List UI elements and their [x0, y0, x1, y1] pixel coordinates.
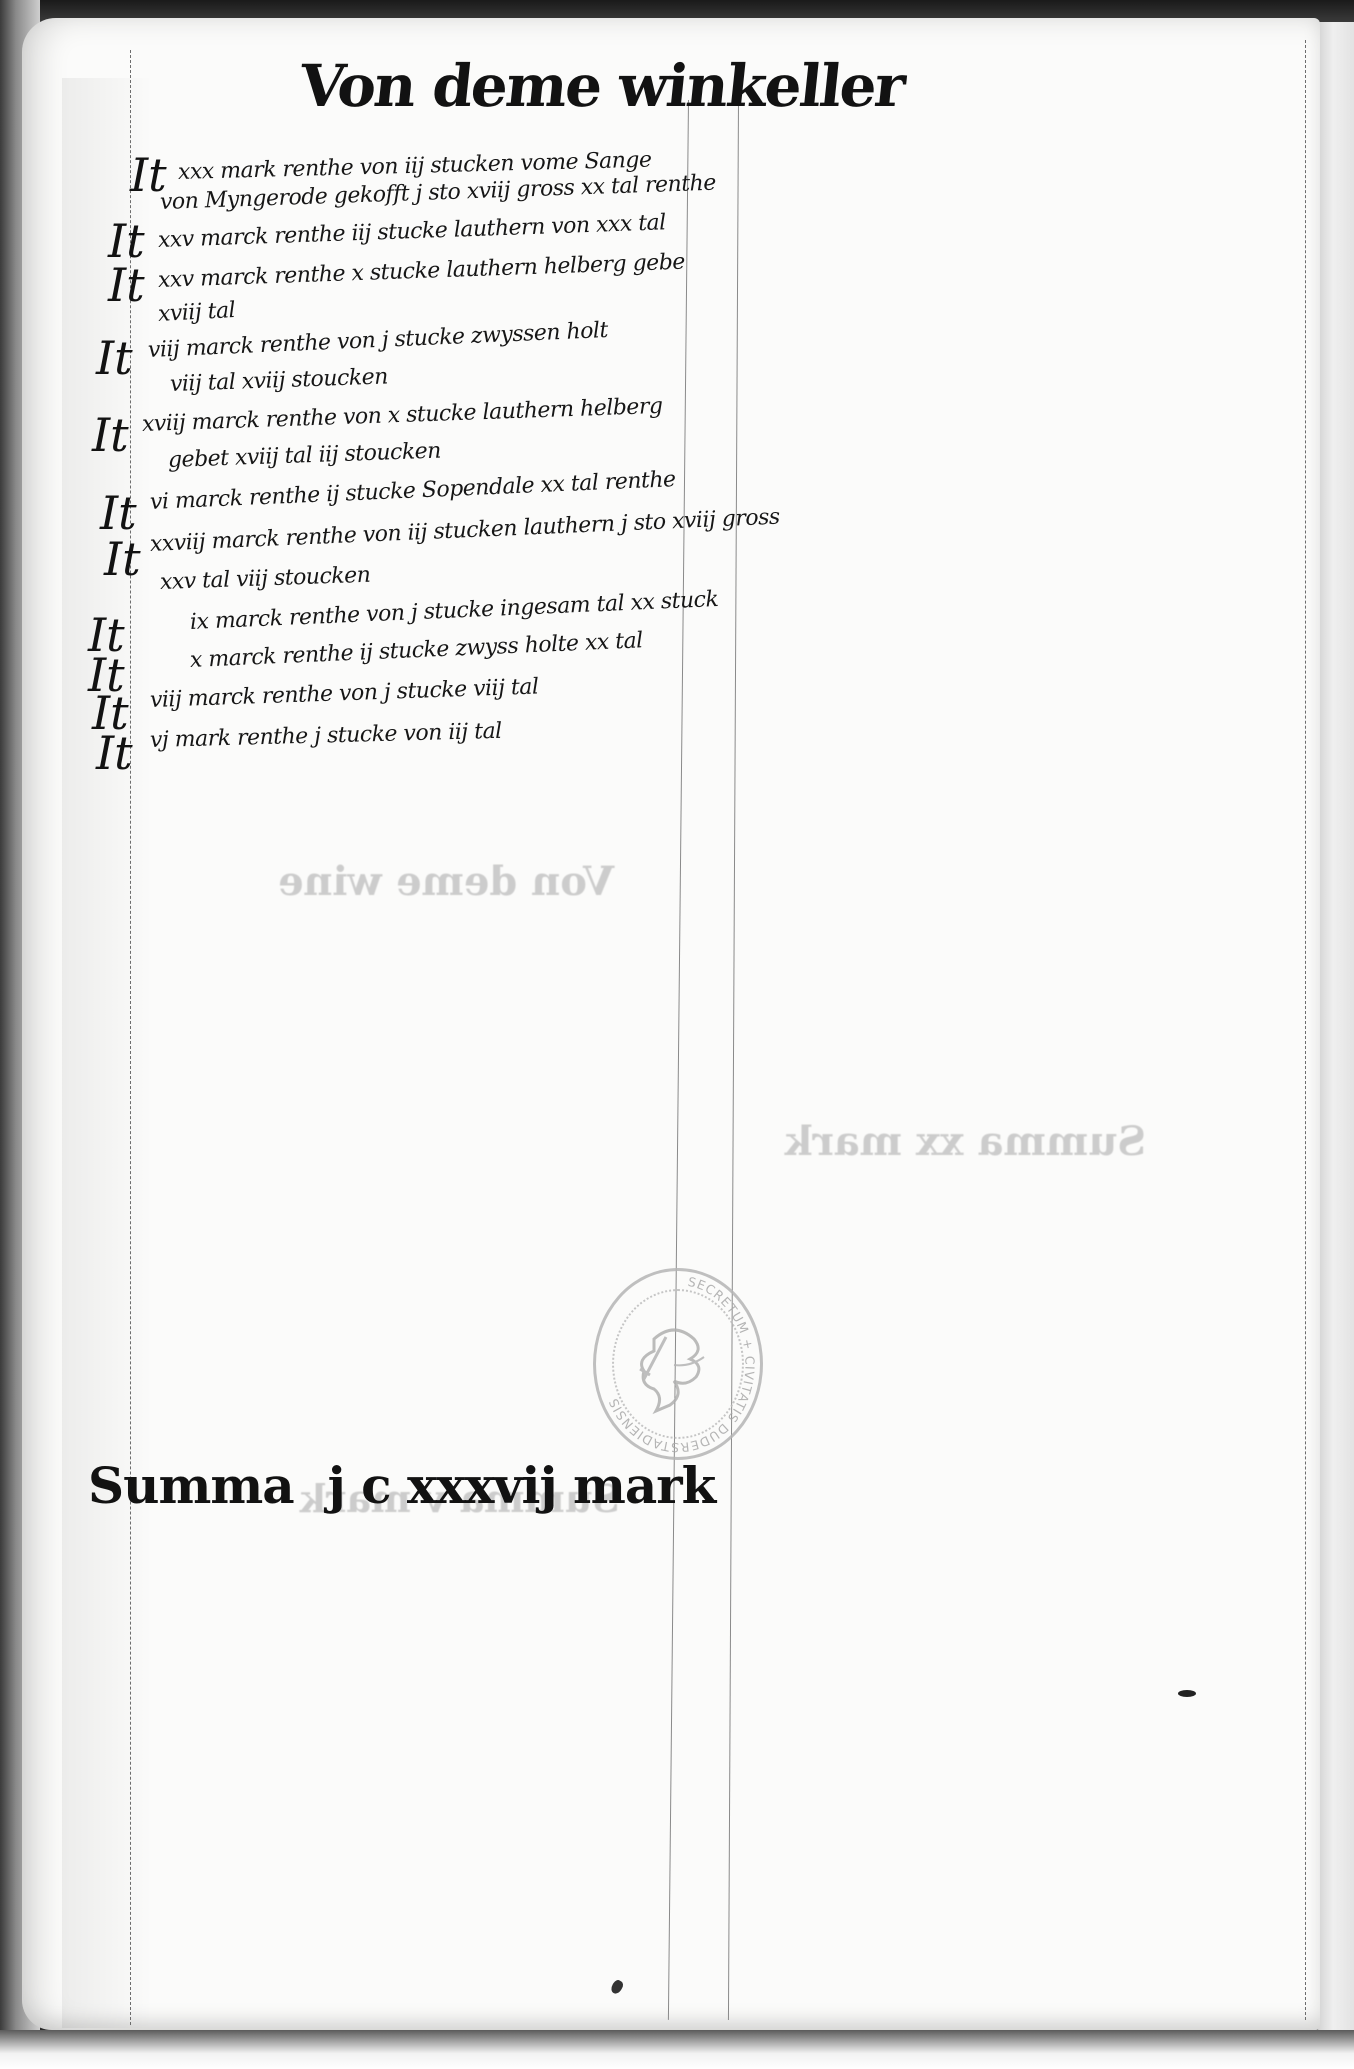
item-mark: It — [104, 536, 141, 582]
entry-line: xviij tal — [157, 298, 235, 327]
binding-bottom-edge — [0, 2030, 1354, 2069]
bleed-through-summa-right: Summa xx mark — [785, 1118, 1146, 1165]
ink-blot — [1178, 1690, 1196, 1697]
adjacent-page-edge — [1318, 22, 1354, 2032]
lion-heraldry-icon — [634, 1319, 726, 1417]
summa-label: Summa — [88, 1456, 294, 1515]
item-mark: It — [96, 335, 133, 381]
item-mark: It — [92, 412, 129, 458]
bleed-through-heading: Von deme wine — [278, 858, 614, 905]
right-margin-rule — [1305, 40, 1306, 2020]
page-heading: Von deme winkeller — [296, 52, 907, 120]
summa-total-line: Summaj c xxxvij mark — [88, 1456, 715, 1515]
item-mark: It — [100, 490, 137, 536]
city-seal-stamp: SECRETUM + CIVITATIS DUDERSTADIENSIS — [593, 1268, 763, 1460]
item-mark: It — [96, 730, 133, 776]
item-mark: It — [108, 262, 145, 308]
summa-amount: j c xxxvij mark — [328, 1456, 716, 1515]
